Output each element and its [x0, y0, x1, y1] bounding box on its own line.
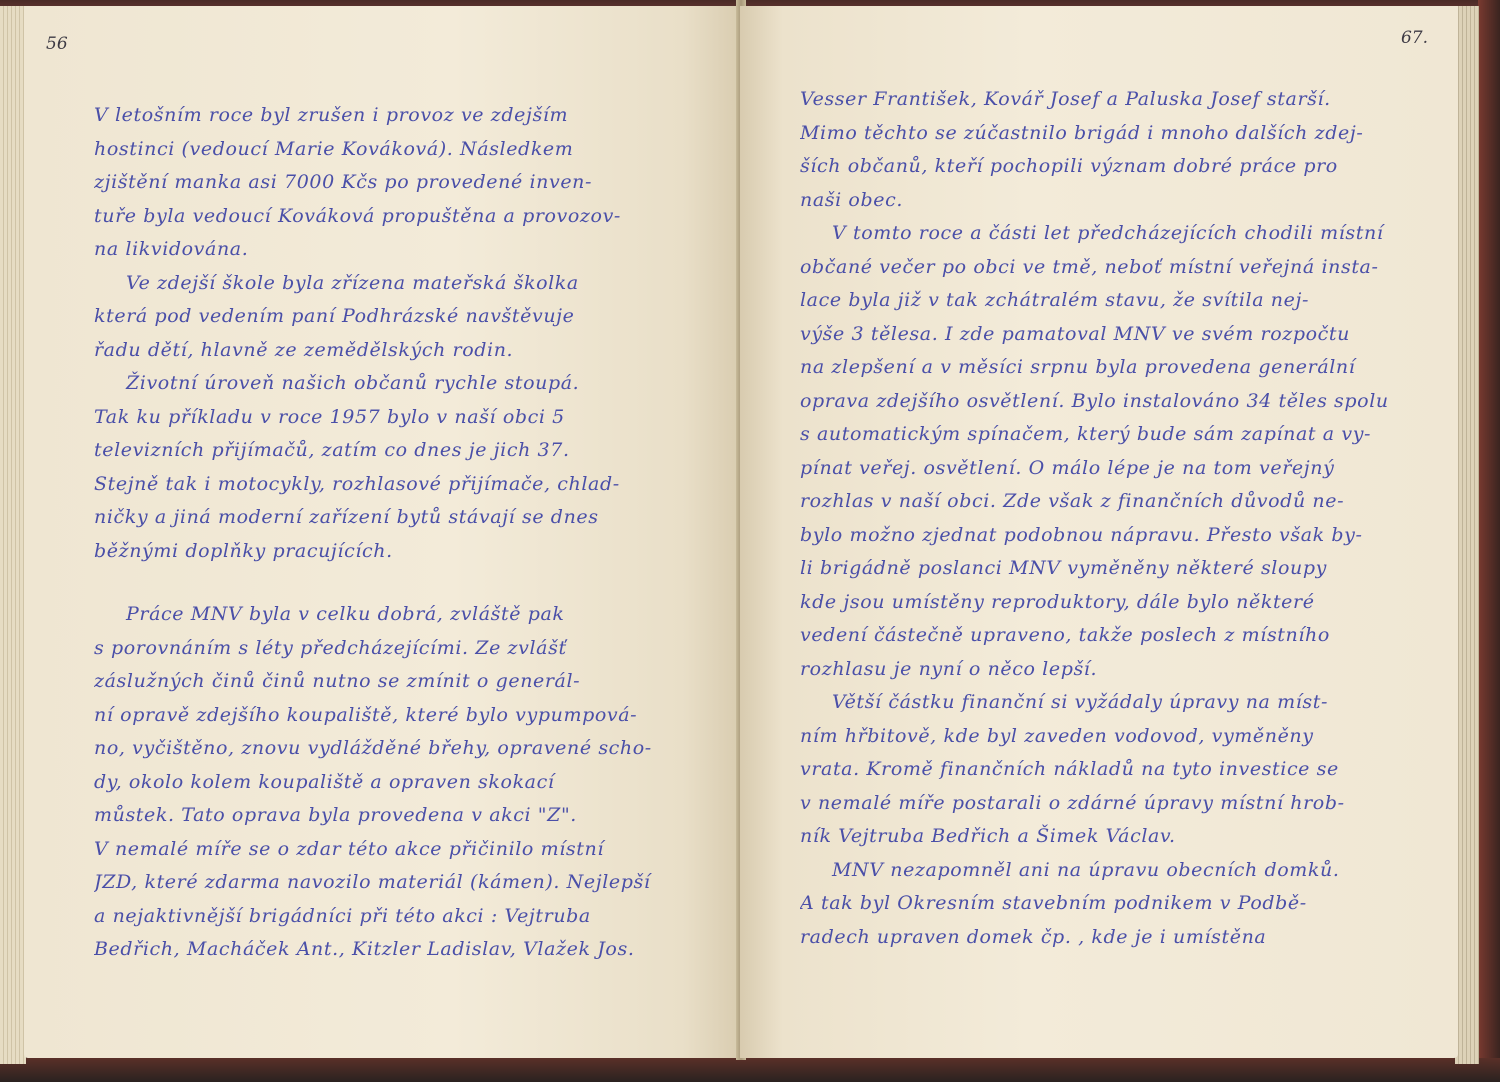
text-line: A tak byl Okresním stavebním podnikem v … — [800, 887, 1420, 921]
text-line: Ve zdejší škole byla zřízena mateřská šk… — [94, 267, 724, 301]
text-line: no, vyčištěno, znovu vydlážděné břehy, o… — [94, 732, 724, 766]
text-line: ník Vejtruba Bedřich a Šimek Václav. — [800, 820, 1420, 854]
left-page: 56 V letošním roce byl zrušen i provoz v… — [24, 6, 740, 1058]
text-line: Bedřich, Macháček Ant., Kitzler Ladislav… — [94, 933, 724, 967]
text-line: s porovnáním s léty předcházejícími. Ze … — [94, 632, 724, 666]
text-line: výše 3 tělesa. I zde pamatoval MNV ve sv… — [800, 318, 1420, 352]
text-line: V tomto roce a části let předcházejících… — [800, 217, 1420, 251]
text-line: vrata. Kromě finančních nákladů na tyto … — [800, 753, 1420, 787]
text-line: rozhlas v naší obci. Zde však z finanční… — [800, 485, 1420, 519]
text-line: na likvidována. — [94, 233, 724, 267]
text-line: záslužných činů činů nutno se zmínit o g… — [94, 665, 724, 699]
text-line: naši obec. — [800, 184, 1420, 218]
text-line: radech upraven domek čp. , kde je i umís… — [800, 921, 1420, 955]
text-line: lace byla již v tak zchátralém stavu, že… — [800, 284, 1420, 318]
text-line: ní opravě zdejšího koupaliště, které byl… — [94, 699, 724, 733]
text-line: MNV nezapomněl ani na úpravu obecních do… — [800, 854, 1420, 888]
text-line: řadu dětí, hlavně ze zemědělských rodin. — [94, 334, 724, 368]
text-line: hostinci (vedoucí Marie Kováková). Násle… — [94, 133, 724, 167]
text-line: Práce MNV byla v celku dobrá, zvláště pa… — [94, 598, 724, 632]
text-line: Tak ku příkladu v roce 1957 bylo v naší … — [94, 401, 724, 435]
text-line: ním hřbitově, kde byl zaveden vodovod, v… — [800, 720, 1420, 754]
text-line: kde jsou umístěny reproduktory, dále byl… — [800, 586, 1420, 620]
text-line: Životní úroveň našich občanů rychle stou… — [94, 367, 724, 401]
text-line: JZD, které zdarma navozilo materiál (kám… — [94, 866, 724, 900]
text-line: dy, okolo kolem koupaliště a opraven sko… — [94, 766, 724, 800]
text-line: V letošním roce byl zrušen i provoz ve z… — [94, 99, 724, 133]
text-line: s automatickým spínačem, který bude sám … — [800, 418, 1420, 452]
text-line: V nemalé míře se o zdar této akce přičin… — [94, 833, 724, 867]
text-line: li brigádně poslanci MNV vyměněny někter… — [800, 552, 1420, 586]
text-line: ničky a jiná moderní zařízení bytů stáva… — [94, 501, 724, 535]
text-line: která pod vedením paní Podhrázské navště… — [94, 300, 724, 334]
text-line: Větší částku finanční si vyžádaly úpravy… — [800, 686, 1420, 720]
handwritten-text-block: Vesser František, Kovář Josef a Paluska … — [800, 83, 1420, 954]
text-line: můstek. Tato oprava byla provedena v akc… — [94, 799, 724, 833]
text-line: na zlepšení a v měsíci srpnu byla proved… — [800, 351, 1420, 385]
text-line: občané večer po obci ve tmě, neboť místn… — [800, 251, 1420, 285]
page-stack-right — [1455, 6, 1479, 1064]
text-line: rozhlasu je nyní o něco lepší. — [800, 653, 1420, 687]
text-line: Vesser František, Kovář Josef a Paluska … — [800, 83, 1420, 117]
text-line: tuře byla vedoucí Kováková propuštěna a … — [94, 200, 724, 234]
right-page: 67. Vesser František, Kovář Josef a Palu… — [740, 6, 1458, 1058]
text-line: televizních přijímačů, zatím co dnes je … — [94, 434, 724, 468]
page-number: 56 — [46, 34, 68, 54]
text-line: zjištění manka asi 7000 Kčs po provedené… — [94, 166, 724, 200]
book-cover-bottom-edge — [0, 1058, 1500, 1082]
page-stack-left — [0, 6, 26, 1064]
page-number: 67. — [1401, 28, 1428, 48]
handwritten-text-block: V letošním roce byl zrušen i provoz ve z… — [94, 99, 724, 967]
text-line: bylo možno zjednat podobnou nápravu. Pře… — [800, 519, 1420, 553]
text-line: běžnými doplňky pracujících. — [94, 535, 724, 569]
text-line: v nemalé míře postarali o zdárné úpravy … — [800, 787, 1420, 821]
text-line: pínat veřej. osvětlení. O málo lépe je n… — [800, 452, 1420, 486]
text-line: Stejně tak i motocykly, rozhlasové přijí… — [94, 468, 724, 502]
book-cover-right-edge — [1478, 0, 1500, 1082]
text-line: a nejaktivnější brigádníci při této akci… — [94, 900, 724, 934]
text-line: vedení částečně upraveno, takže poslech … — [800, 619, 1420, 653]
text-line: ších občanů, kteří pochopili význam dobr… — [800, 150, 1420, 184]
text-line: oprava zdejšího osvětlení. Bylo instalov… — [800, 385, 1420, 419]
text-line: Mimo těchto se zúčastnilo brigád i mnoho… — [800, 117, 1420, 151]
